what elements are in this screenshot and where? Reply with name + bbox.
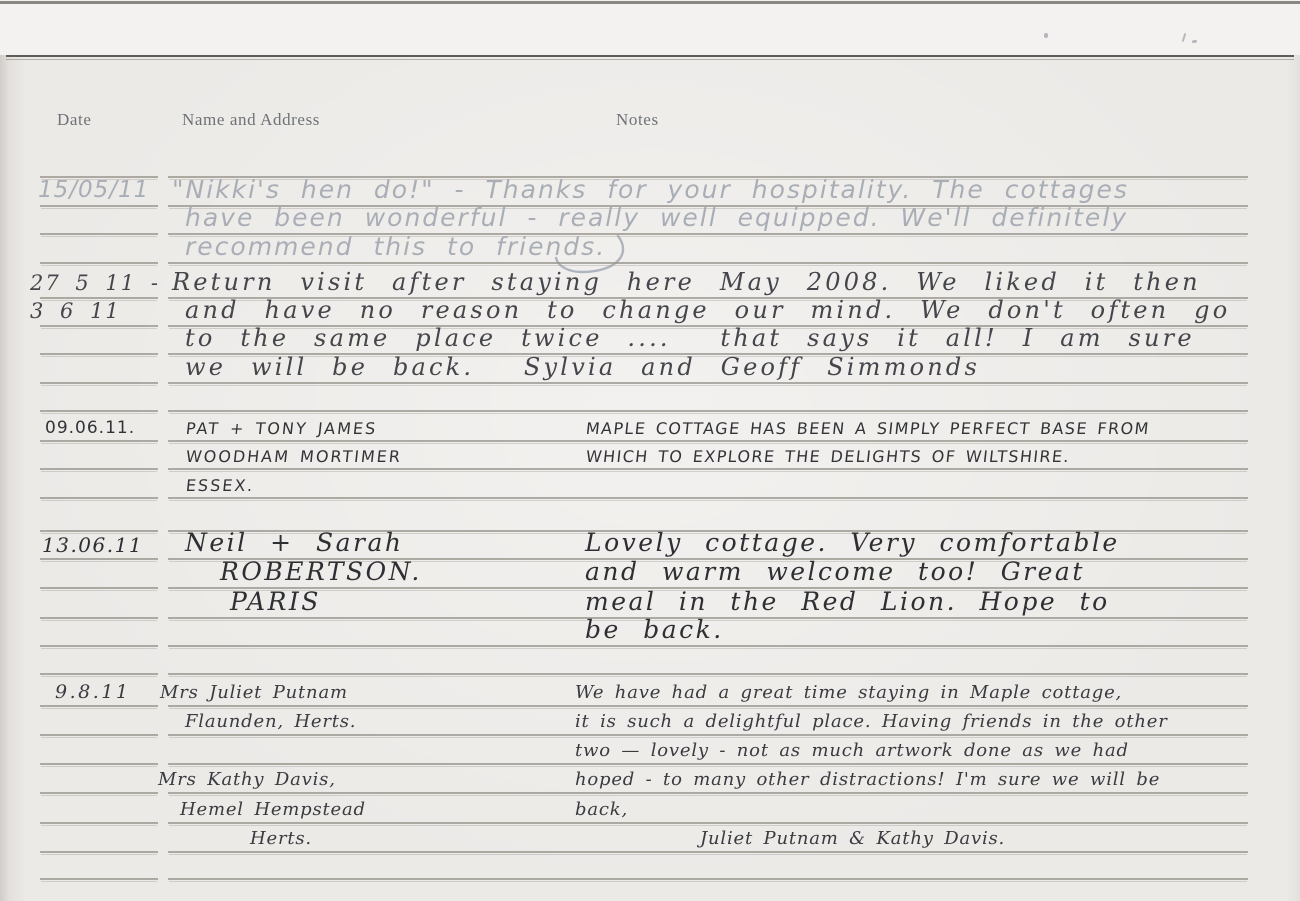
date-column-rule — [40, 410, 158, 412]
entry-notes-line: and warm welcome too! Great — [585, 559, 1085, 584]
entry-text-line: and have no reason to change our mind. W… — [185, 298, 1230, 322]
date-column-rule — [40, 353, 158, 355]
entry-rule-line — [168, 792, 1248, 794]
pencil-dot-mark — [1044, 33, 1048, 38]
date-column-rule — [40, 558, 158, 560]
date-column-rule — [40, 382, 158, 384]
entry-notes-line: MAPLE COTTAGE HAS BEEN A SIMPLY PERFECT … — [585, 421, 1151, 437]
entry-rule-line — [168, 763, 1248, 765]
date-column-rule — [40, 705, 158, 707]
entry-notes-line: be back. — [585, 617, 724, 642]
date-column-rule — [40, 645, 158, 647]
entry-text-line: we will be back. Sylvia and Geoff Simmon… — [185, 355, 980, 379]
header-divider-rule — [6, 55, 1294, 57]
date-column-rule — [40, 851, 158, 853]
entry-rule-line — [168, 878, 1248, 880]
entry-rule-line — [168, 262, 1248, 264]
date-column-rule — [40, 530, 158, 532]
column-header-notes: Notes — [616, 110, 659, 130]
column-header-date: Date — [57, 110, 92, 130]
entry-rule-line — [168, 645, 1248, 647]
entry-name-line: Mrs Juliet Putnam — [160, 684, 348, 702]
entry-notes-line: it is such a delightful place. Having fr… — [575, 713, 1168, 731]
date-column-rule — [40, 262, 158, 264]
entry-date: 27 5 11 - — [30, 273, 160, 294]
entry-name-line: Flaunden, Herts. — [185, 713, 356, 731]
entry-name-line: Mrs Kathy Davis, — [158, 771, 336, 789]
entry-name-line: Herts. — [250, 830, 312, 848]
entry-notes-line: WHICH TO EXPLORE THE DELIGHTS OF WILTSHI… — [585, 449, 1071, 465]
entry-name-line: ESSEX. — [185, 478, 255, 494]
entry-notes-line: Lovely cottage. Very comfortable — [585, 530, 1120, 555]
entry-notes-line: back, — [575, 801, 628, 819]
entry-rule-line — [168, 468, 1248, 470]
page-top-strip — [0, 0, 1300, 55]
entry-name-line: PARIS — [230, 589, 321, 614]
entry-notes-line: hoped - to many other distractions! I'm … — [575, 771, 1160, 789]
header-divider-rule-shadow — [6, 59, 1294, 60]
date-column-rule — [40, 763, 158, 765]
entry-date: 09.06.11. — [45, 420, 135, 437]
entry-date: 3 6 11 — [30, 301, 121, 322]
entry-text-line: recommend this to friends. — [185, 234, 606, 259]
date-column-rule — [40, 822, 158, 824]
guestbook-scanned-page: Date Name and Address Notes 15/05/11"Nik… — [0, 0, 1300, 901]
entry-rule-line — [168, 382, 1248, 384]
entry-text-line: "Nikki's hen do!" - Thanks for your hosp… — [172, 177, 1129, 202]
entry-name-line: Neil + Sarah — [185, 530, 404, 555]
entry-text-line: have been wonderful - really well equipp… — [185, 205, 1128, 230]
entry-notes-line: meal in the Red Lion. Hope to — [585, 589, 1110, 614]
entry-rule-line — [168, 851, 1248, 853]
entry-rule-line — [168, 410, 1248, 412]
entry-notes-line: Juliet Putnam & Kathy Davis. — [700, 830, 1005, 848]
column-header-name-address: Name and Address — [182, 110, 320, 130]
entry-rule-line — [168, 734, 1248, 736]
date-column-rule — [40, 792, 158, 794]
entry-rule-line — [168, 673, 1248, 675]
entry-date: 15/05/11 — [38, 179, 149, 202]
date-column-rule — [40, 497, 158, 499]
entry-rule-line — [168, 705, 1248, 707]
date-column-rule — [40, 734, 158, 736]
entry-rule-line — [168, 497, 1248, 499]
date-column-rule — [40, 233, 158, 235]
entry-text-line: to the same place twice .... that says i… — [185, 326, 1195, 350]
entry-date: 13.06.11 — [42, 535, 143, 555]
entry-name-line: WOODHAM MORTIMER — [185, 449, 403, 465]
date-column-rule — [40, 468, 158, 470]
entry-rule-line — [168, 822, 1248, 824]
date-column-rule — [40, 673, 158, 675]
date-column-rule — [40, 440, 158, 442]
entry-text-line: Return visit after staying here May 2008… — [172, 270, 1201, 294]
scan-top-edge-line — [0, 1, 1300, 4]
entry-rule-line — [168, 440, 1248, 442]
entry-date: 9.8.11 — [55, 683, 130, 702]
entry-notes-line: We have had a great time staying in Mapl… — [575, 684, 1122, 702]
entry-notes-line: two — lovely - not as much artwork done … — [575, 742, 1129, 760]
date-column-rule — [40, 878, 158, 880]
date-column-rule — [40, 587, 158, 589]
entry-name-line: ROBERTSON. — [220, 559, 422, 584]
entry-name-line: PAT + TONY JAMES — [185, 421, 378, 437]
date-column-rule — [40, 617, 158, 619]
entry-name-line: Hemel Hempstead — [180, 801, 366, 819]
date-column-rule — [40, 325, 158, 327]
date-column-rule — [40, 205, 158, 207]
